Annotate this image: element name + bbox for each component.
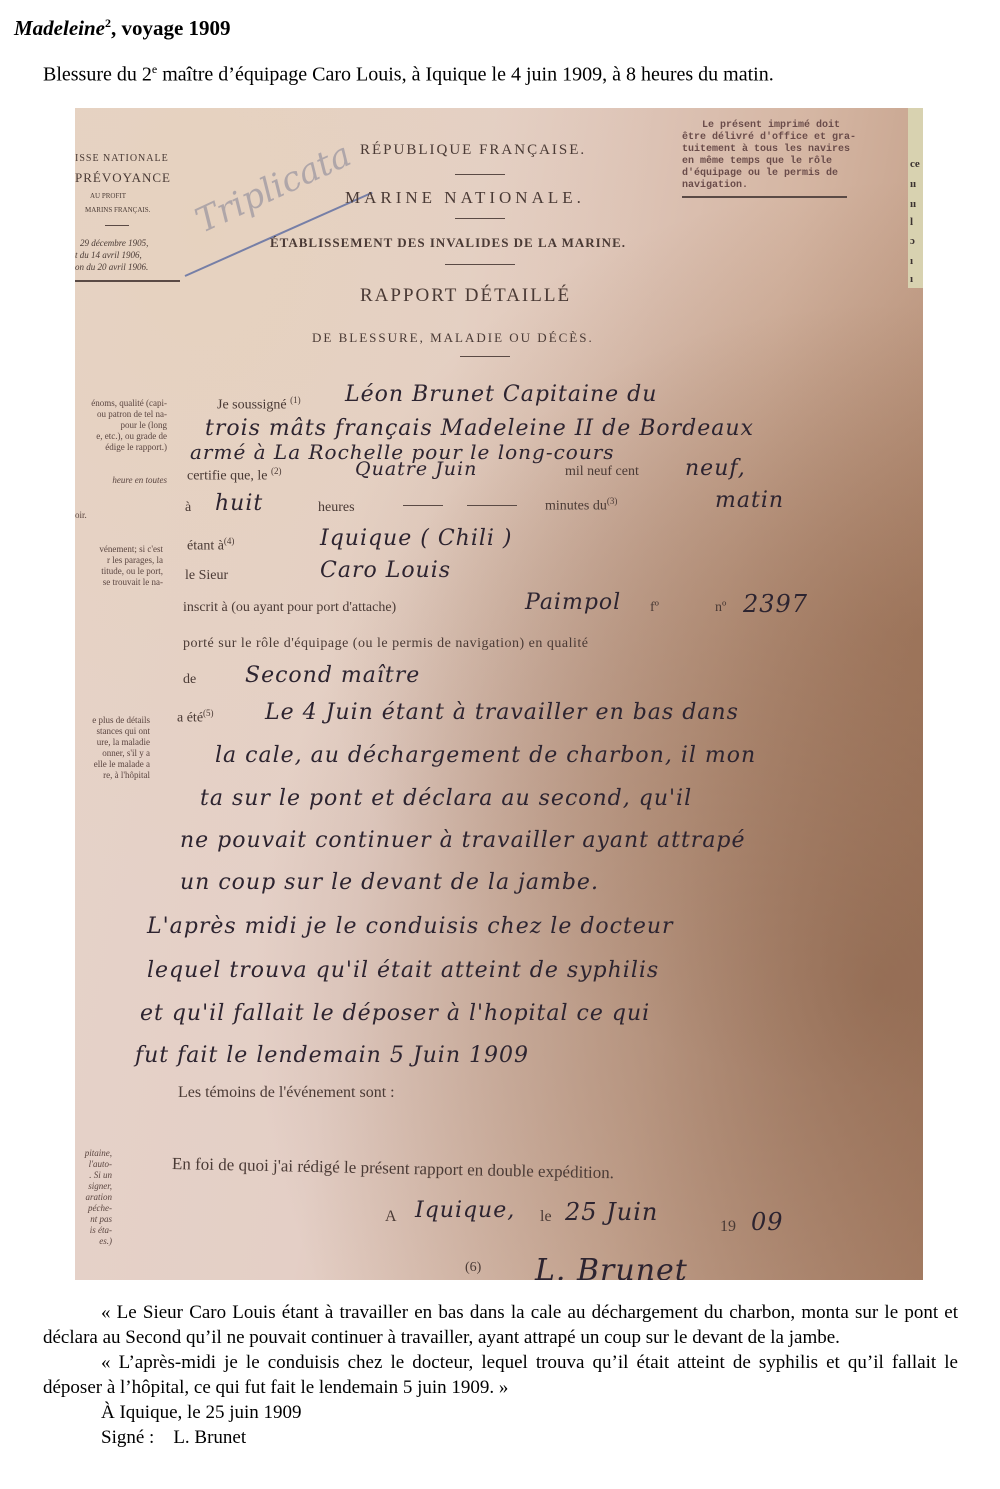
year-printed: 19 [720,1218,736,1236]
margin-line: signer, [75,1181,112,1192]
account-line: un coup sur le devant de la jambe. [180,870,599,895]
notice-line: tuitement à tous les navires [682,144,856,156]
ref-mark: (6) [465,1260,481,1276]
inscrit-label: inscrit à (ou ayant pour port d'attache) [183,600,396,616]
margin-line: e, etc.), ou grade de [75,431,167,442]
figure-caption: Blessure du 2e maître d’équipage Caro Lo… [43,62,774,87]
folio-label: fº [650,600,659,616]
ref-mark: (3) [607,496,618,506]
notice-line: Le présent imprimé doit [682,120,856,132]
edge-text: ıı [910,178,916,190]
ref-mark: (5) [203,708,214,718]
period-value: matin [715,488,784,513]
signing-date-value: 25 Juin [565,1198,658,1226]
registration-number-value: 2397 [743,590,808,618]
transcription: « Le Sieur Caro Louis étant à travailler… [43,1300,958,1450]
de-label: de [183,672,196,688]
etablissement-heading: ÉTABLISSEMENT DES INVALIDES DE LA MARINE… [270,235,626,251]
report-subtitle: DE BLESSURE, MALADIE OU DÉCÈS. [312,330,594,346]
margin-line: l'auto- [75,1159,112,1170]
location-value: Iquique ( Chili ) [320,526,513,551]
margin-line: pitaine, [75,1148,112,1159]
prevoyance: PRÉVOYANCE [75,170,171,186]
divider [455,218,505,219]
margin-line: aration [75,1192,112,1203]
margin-line: onner, s'il y a [75,748,150,759]
notice-line: d'équipage ou le permis de [682,168,856,180]
transcription-signature: Signé : L. Brunet [43,1425,958,1450]
account-line: la cale, au déchargement de charbon, il … [215,743,756,768]
edge-text: ıı [910,198,916,210]
en-foi-statement: En foi de quoi j'ai rédigé le présent ra… [172,1154,614,1183]
margin-line: ure, la maladie [75,737,150,748]
page-heading: Madeleine2, voyage 1909 [14,16,231,41]
date-day-value: Quatre Juin [355,458,477,480]
margin-line: re, à l'hôpital [75,770,150,781]
divider [105,225,129,226]
heading-rest: , voyage 1909 [111,16,231,40]
place-label: A [385,1208,397,1226]
margin-line: heure en toutes [75,475,167,486]
margin-line: r les parages, la [75,555,163,566]
etant-label: étant à(4) [187,536,234,555]
caisse-nationale: ISSE NATIONALE [75,153,169,164]
blank-line [467,505,517,506]
ship-name: Madeleine [14,16,105,40]
hour-value: huit [215,491,263,516]
margin-line: . Si un [75,1170,112,1181]
margin-line: es.) [75,1236,112,1247]
soussigne-label: Je soussigné (1) [217,395,301,414]
divider [445,264,515,265]
signed-label: Signé : [101,1427,154,1448]
divider [460,356,510,357]
au-profit: AU PROFIT [90,192,126,200]
account-line: ta sur le pont et déclara au second, qu'… [200,786,692,811]
sieur-label: le Sieur [185,568,228,584]
margin-line: is éta- [75,1225,112,1236]
label-text: minutes du [545,499,607,514]
print-notice: Le présent imprimé doit être délivré d'o… [682,120,856,192]
label-text: Je soussigné [217,398,287,413]
marins-francais: MARINS FRANÇAIS. [85,206,150,214]
ref-mark: (1) [290,395,301,405]
report-title: RAPPORT DÉTAILLÉ [360,285,571,307]
label-text: a été [177,711,203,726]
pencil-annotation: Triplicata [189,135,357,242]
account-line: ne pouvait continuer à travailler ayant … [180,828,746,853]
margin-line: nt pas [75,1214,112,1225]
edge-text: ı [910,255,913,267]
margin-note-2: heure en toutes [75,475,167,486]
notice-line: être délivré d'office et gra- [682,132,856,144]
margin-line: stances qui ont [75,726,150,737]
notice-line: navigation. [682,180,856,192]
temoins-label: Les témoins de l'événement sont : [178,1084,395,1102]
mil-label: mil neuf cent [565,464,639,480]
divider [75,280,180,282]
ref-mark: (4) [224,536,235,546]
notice-line: en même temps que le rôle [682,156,856,168]
edge-text: ce [910,158,920,170]
le-label: le [540,1208,552,1226]
porte-label: porté sur le rôle d'équipage (ou le perm… [183,636,588,652]
margin-note-4: vénement; si c'est r les parages, la tit… [75,544,163,588]
heures-label: heures [318,500,355,516]
margin-line: elle le malade a [75,759,150,770]
marine-heading: MARINE NATIONALE. [345,188,585,208]
label-text: étant à [187,539,224,554]
margin-line: oir. [75,510,87,521]
sailor-name-value: Caro Louis [320,558,451,583]
account-line: fut fait le lendemain 5 Juin 1909 [135,1043,529,1068]
account-line: lequel trouva qu'il était atteint de syp… [147,958,659,983]
caption-text-a: Blessure du 2 [43,64,152,86]
signed-name: L. Brunet [173,1427,246,1448]
transcription-paragraph-2: « L’après-midi je le conduisis chez le d… [43,1350,958,1400]
margin-line: péche- [75,1203,112,1214]
margin-note-3: oir. [75,510,87,521]
decree-date: on du 20 avril 1906. [75,262,148,272]
home-port-value: Paimpol [525,590,621,615]
margin-note-5: e plus de détails stances qui ont ure, l… [75,715,150,781]
edge-text: l [910,216,913,228]
decree-date: t du 14 avril 1906, [75,250,142,260]
edge-text: ı [910,273,913,285]
margin-note-1: énoms, qualité (capi- ou patron de tel n… [75,398,167,453]
blank-line [403,505,443,506]
signature: L. Brunet [535,1253,688,1280]
ship-description: trois mâts français Madeleine II de Bord… [205,416,754,441]
margin-line: se trouvait le na- [75,577,163,588]
divider [455,174,505,175]
margin-line: ou patron de tel na- [75,409,167,420]
margin-line: pour le (long [75,420,167,431]
transcription-paragraph-1: « Le Sieur Caro Louis étant à travailler… [43,1300,958,1350]
republic-heading: RÉPUBLIQUE FRANÇAISE. [360,142,586,159]
document-photo: ce ıı ıı l ɔ ı ı ISSE NATIONALE PRÉVOYAN… [75,108,923,1280]
year-handwritten: 09 [751,1208,784,1236]
divider [682,196,847,198]
label-text: certifie que, le [187,469,267,484]
margin-line: édige le rapport.) [75,442,167,453]
certifie-label: certifie que, le (2) [187,466,281,485]
ete-label: a été(5) [177,708,214,727]
place-value: Iquique, [415,1198,515,1223]
edge-text: ɔ [910,235,915,247]
ref-mark: (2) [271,466,282,476]
a-label: à [185,500,191,516]
transcription-place-date: À Iquique, le 25 juin 1909 [43,1400,958,1425]
caption-text-b: maître d’équipage Caro Louis, à Iquique … [157,64,774,86]
margin-line: titude, ou le port, [75,566,163,577]
decree-date: 29 décembre 1905, [80,238,148,248]
margin-note-6: pitaine, l'auto- . Si un signer, aration… [75,1148,112,1247]
account-line: L'après midi je le conduisis chez le doc… [147,914,674,939]
margin-line: énoms, qualité (capi- [75,398,167,409]
margin-line: e plus de détails [75,715,150,726]
account-line: et qu'il fallait le déposer à l'hopital … [140,1001,650,1026]
minutes-label: minutes du(3) [545,496,617,515]
numero-label: nº [715,600,726,616]
account-line: Le 4 Juin étant à travailler en bas dans [265,700,739,725]
rank-value: Second maître [245,663,420,688]
soussigne-value: Léon Brunet Capitaine du [345,382,657,407]
year-value: neuf, [685,456,746,481]
margin-line: vénement; si c'est [75,544,163,555]
